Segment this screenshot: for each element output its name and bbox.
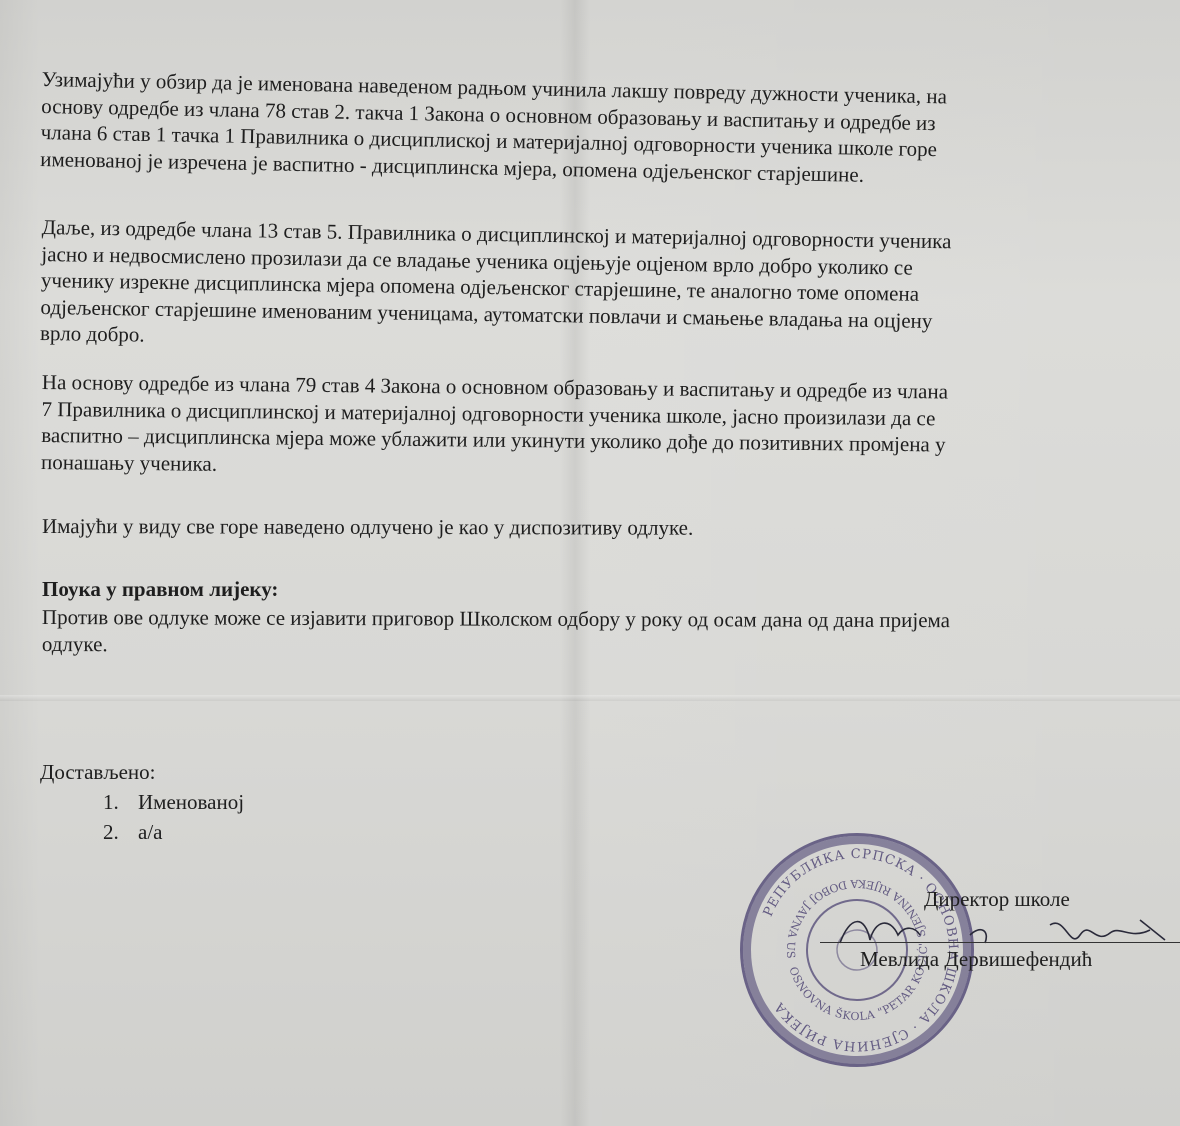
signature-block: РЕПУБЛИКА СРПСКА · ОСНОВНА ШКОЛА · СЈЕНИ… [740,825,1180,1065]
paper-fold [0,695,1180,701]
paragraph-mitigation: На основу одредбе из члана 79 став 4 Зак… [41,369,1142,487]
paragraph-conclusion: Имајући у виду све горе наведено одлучен… [42,513,1142,542]
director-name: Мевлида Дервишефендић [860,947,1092,972]
delivered-label: Достављено: [40,757,244,787]
delivered-item: Именованој [124,787,244,817]
delivered-list: Именованој а/а [40,787,244,847]
text-line: Имајући у виду све горе наведено одлучен… [42,513,1142,542]
legal-remedy-text: Против ове одлуке може се изјавити приго… [42,604,1142,661]
delivered-section: Достављено: Именованој а/а [40,757,244,847]
text-line: Против ове одлуке може се изјавити приго… [42,604,1142,634]
legal-remedy-heading: Поука у правном лијеку: [42,577,278,602]
signature-line [820,942,1180,943]
document-page: Узимајући у обзир да је именована наведе… [0,0,1180,1126]
paragraph-reasoning: Узимајући у обзир да је именована наведе… [40,66,1142,193]
delivered-item: а/а [124,817,244,847]
paragraph-conduct-grade: Даље, из одредбе члана 13 став 5. Правил… [40,214,1142,364]
text-line: одлуке. [42,630,1142,660]
